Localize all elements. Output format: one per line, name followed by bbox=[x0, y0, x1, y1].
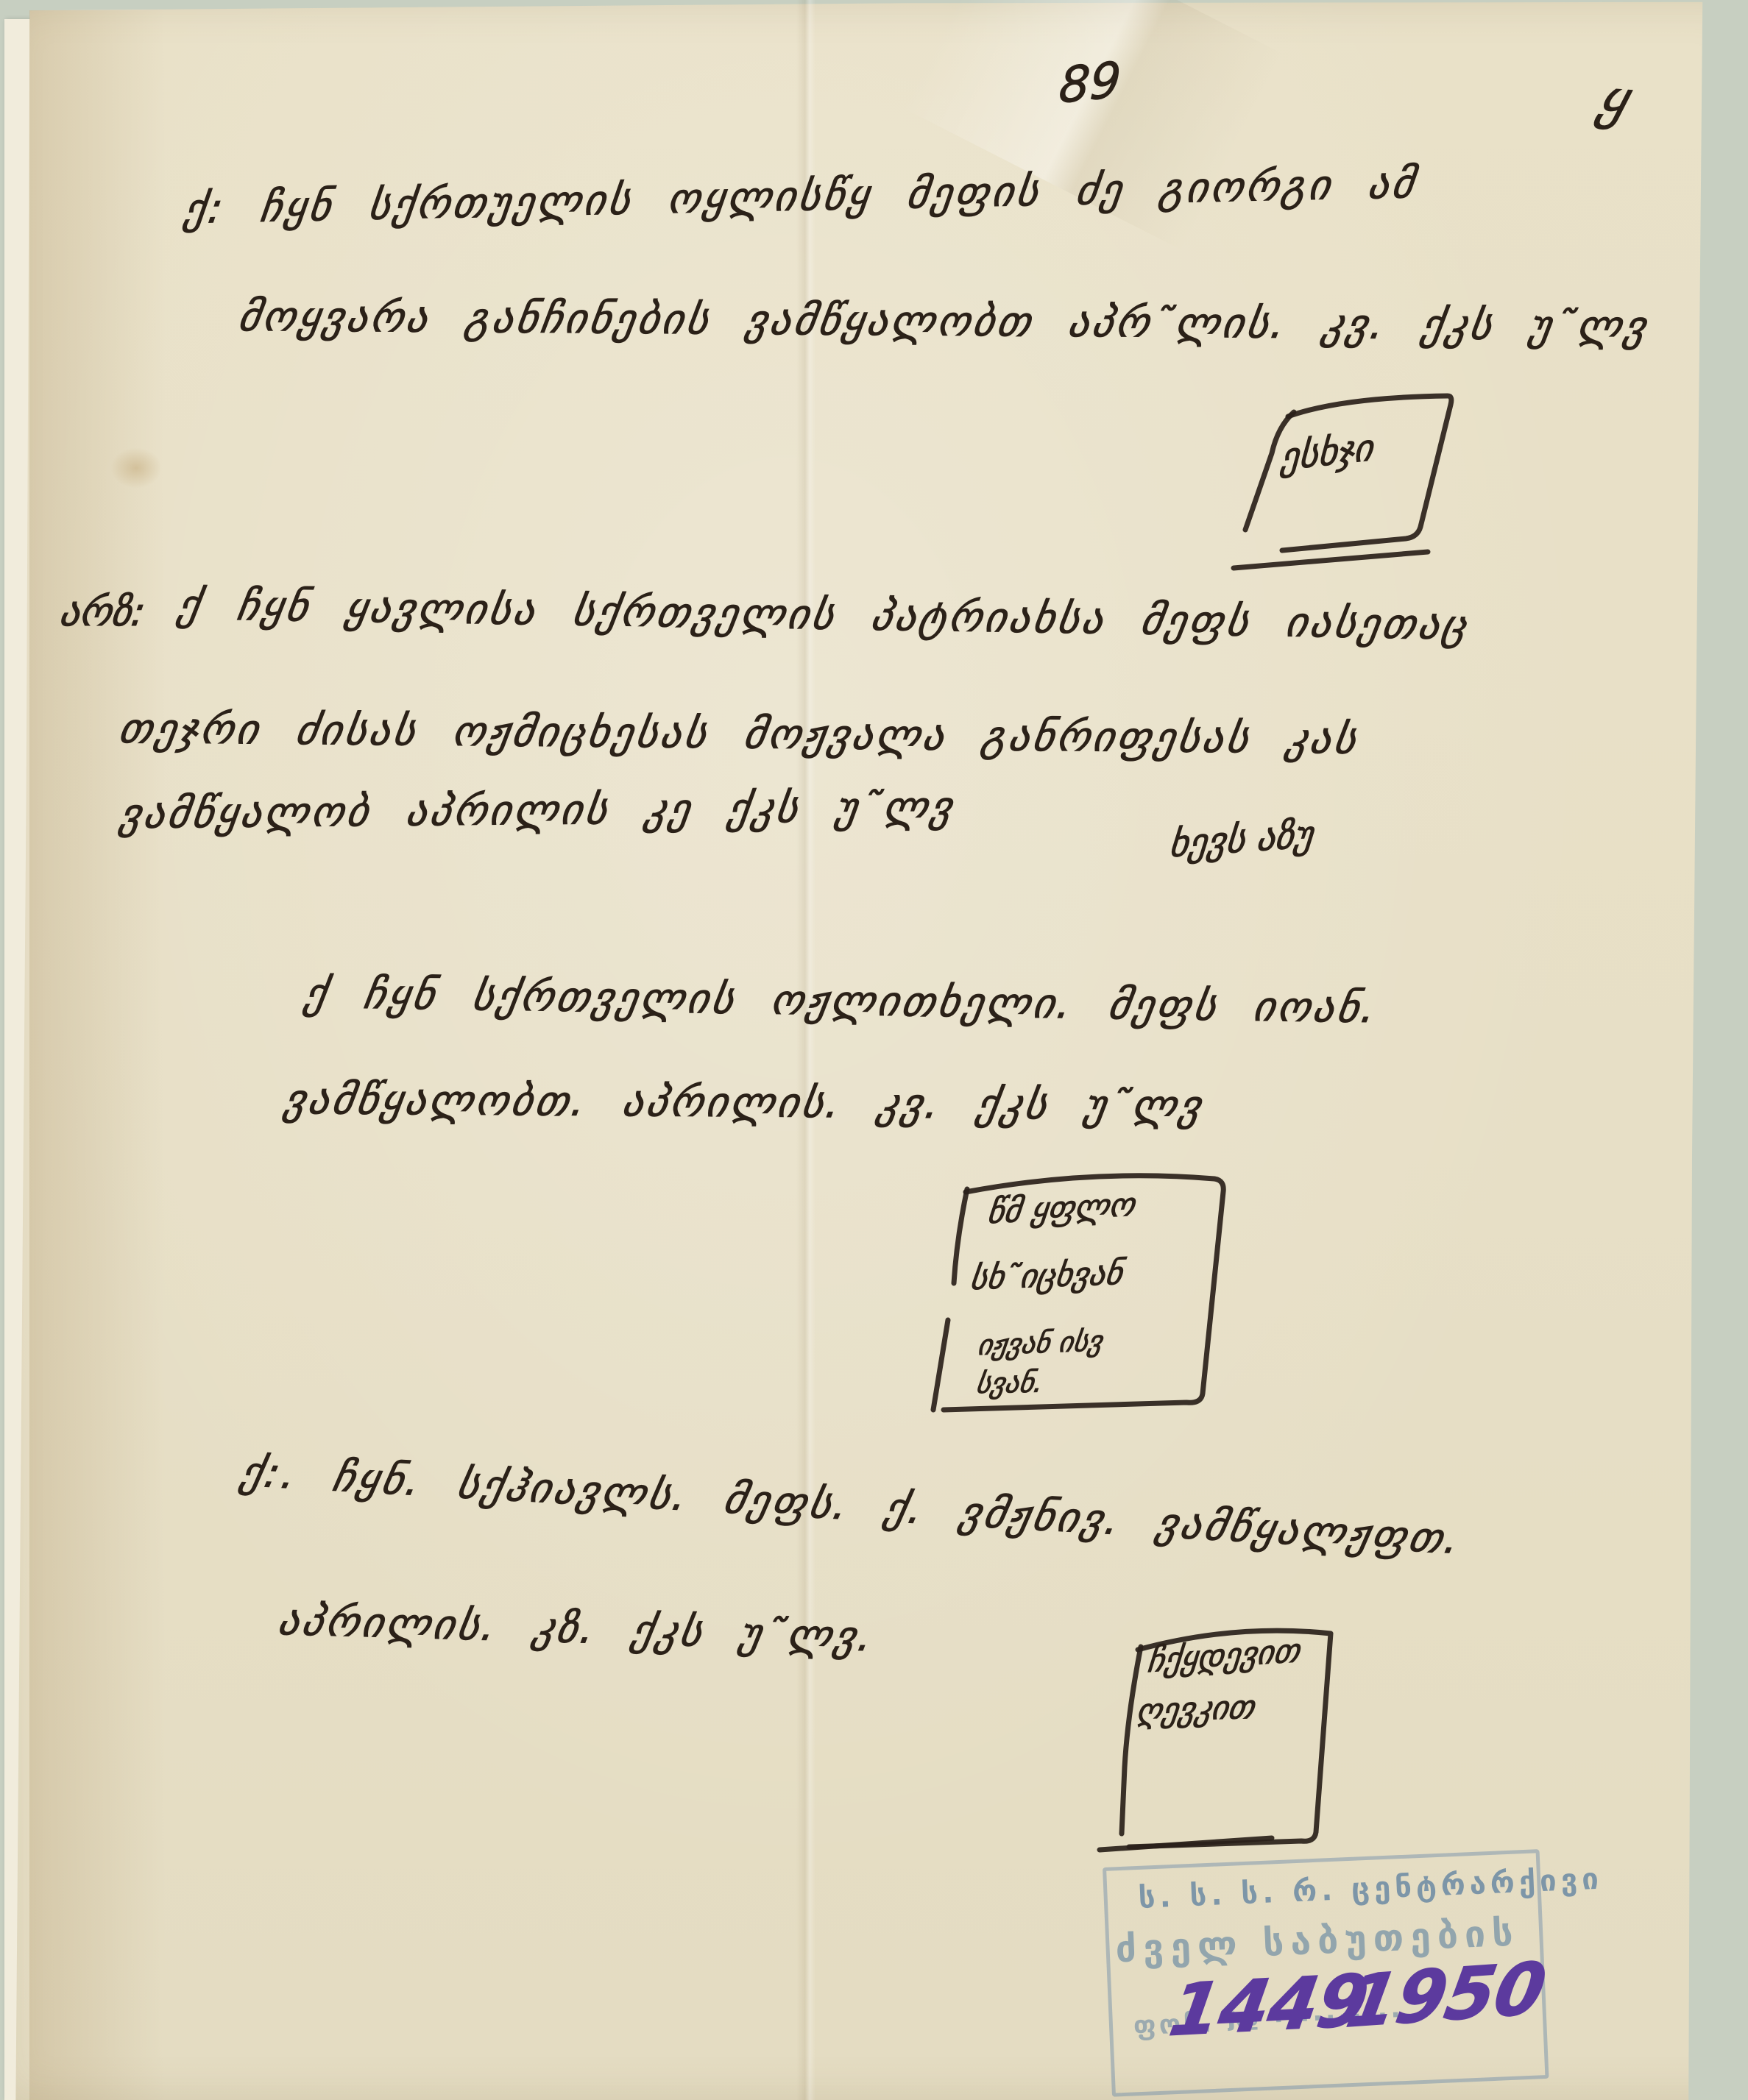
note-box-3-line: ღევკით bbox=[1134, 1688, 1257, 1730]
note-box-2-line: სვან. bbox=[974, 1366, 1046, 1400]
paper-stain bbox=[110, 447, 162, 489]
page-root: 89 ყ ქ: ჩყნ სქრთუელის ოყლისწყ მეფის ძე გ… bbox=[0, 0, 1748, 2100]
note-box-2-line: წმ ყფლო bbox=[986, 1186, 1137, 1232]
note-box-1-outline bbox=[1231, 381, 1481, 587]
note-box-2-line: იჟვან ისვ bbox=[976, 1324, 1105, 1361]
paper-left-shading bbox=[29, 10, 166, 2100]
accession-number-right: 1950 bbox=[1341, 1946, 1552, 2043]
stamp-line-1: ს. ს. ს. რ. ცენტრარქივი bbox=[1138, 1862, 1604, 1915]
note-box-2-line: სხ˜იცხვან bbox=[968, 1255, 1125, 1297]
handwritten-line: ვამწყალობთ. აპრილის. კვ. ქკს უ˜ლვ bbox=[280, 1076, 1207, 1130]
handwritten-line: ვამწყალობ აპრილის კე ქკს უ˜ლვ bbox=[116, 783, 958, 838]
entry-prefix: არზ: bbox=[57, 589, 148, 635]
page-number: 89 bbox=[1058, 51, 1123, 115]
handwritten-line: მოყვარა განჩინების ვამწყალობთ აპრ˜ლის. კ… bbox=[235, 293, 1652, 350]
